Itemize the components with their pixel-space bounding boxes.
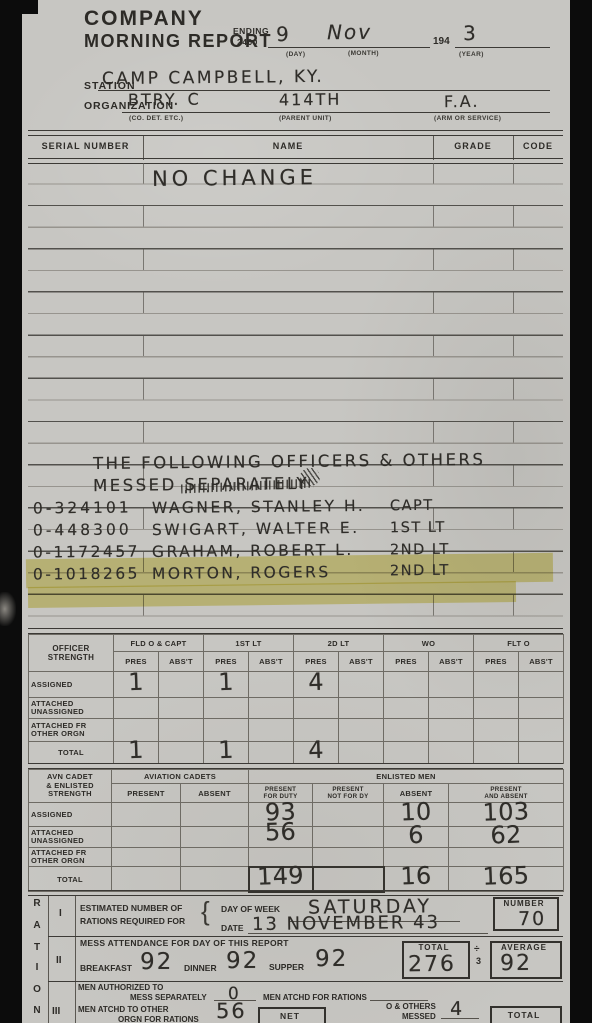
breakfast-value: 92 [140,949,174,975]
morning-report-scan: COMPANY MORNING REPORT ENDING 2400 9 Nov… [0,0,592,1023]
rule-below-officer-strength [28,763,563,769]
group-enlisted-men: ENLISTED MEN [249,770,564,784]
supper-value: 92 [315,946,349,972]
ration-letter-column-divider [48,896,49,1023]
others-label1: O & OTHERS [386,1002,436,1011]
strength-cell: 6 [384,827,449,848]
strength-cell: 4 [294,672,339,698]
strength-cell [249,672,294,698]
row-label-total: TOTAL [29,742,114,764]
total-value: 276 [408,952,456,978]
enlisted-strength-stub: AVN CADET & ENLISTED STRENGTH [29,770,112,803]
org-arm-caption: (ARM OR SERVICE) [434,115,501,122]
mess-attendance-label: MESS ATTENDANCE FOR DAY OF THIS REPORT [80,938,289,948]
roster-header-divider-1 [143,136,144,160]
strength-cell: 1 [204,672,249,698]
brace-glyph: { [201,896,210,927]
number-label: NUMBER [495,899,553,908]
roster-col-grade: GRADE [433,141,513,151]
atchd-other-value: 56 [216,999,247,1023]
strength-cell [384,672,429,698]
col-abst: ABS'T [519,652,564,672]
others-label2: MESSED [402,1012,436,1021]
rule-below-enlisted-strength [28,890,563,896]
roster-entry-no-change: NO CHANGE [152,165,317,191]
strength-cell [339,672,384,698]
total-present-not-for-duty-boxed [313,867,384,892]
org-company-caption: (CO. DET. ETC.) [129,115,183,122]
authorized-label2: MESS SEPARATELY [130,993,207,1002]
officer-row-name: WAGNER, STANLEY H. [152,497,365,517]
strength-cell [112,827,181,848]
strength-cell: 56 [249,827,313,848]
strength-cell: 62 [449,827,564,848]
row-label-assigned: ASSIGNED [29,672,114,698]
strength-cell [313,848,384,867]
strength-cell [519,719,564,742]
atchd-other-label1: MEN ATCHD TO OTHER [78,1005,169,1014]
officer-row-grade: 2ND LT [390,542,450,559]
roster-col-serial: SERIAL NUMBER [28,141,143,151]
divided-sign: ÷ [474,944,480,955]
col-pres: PRES [384,652,429,672]
strength-cell [159,698,204,719]
rule-above-roster [28,130,563,136]
ration-numeral-column-divider [75,896,76,1023]
officer-row-name: GRAHAM, ROBERT L. [152,541,354,561]
group-flt-o: FLT O [474,635,564,652]
ending-label: ENDING [233,26,269,36]
group-wo: WO [384,635,474,652]
supper-label: SUPPER [269,962,304,972]
roster-col-name: NAME [143,141,433,151]
strength-cell [519,698,564,719]
officer-row-grade-highlighted: 2ND LT [390,563,450,580]
strength-cell [339,742,384,764]
row-label-attached-fr-other: ATTACHED FR OTHER ORGN [29,719,114,742]
strength-cell [339,719,384,742]
number-value: 70 [518,908,546,930]
ration-letter: N [31,1005,43,1016]
roster-header-divider-2 [433,136,434,160]
dinner-value: 92 [226,948,260,974]
strength-cell: 1 [114,672,159,698]
scan-edge-top-left [0,0,38,14]
officer-row-serial: 0-1172457 [33,542,140,561]
atchd-for-rations-label: MEN ATCHD FOR RATIONS [263,993,367,1002]
strength-cell: 1 [204,742,249,764]
strength-cell [339,698,384,719]
group-2d-lt: 2D LT [294,635,384,652]
strength-cell [313,827,384,848]
strength-cell [294,698,339,719]
form-title-line1: COMPANY [84,7,204,31]
ration-letter: I [31,962,43,973]
day-caption: (DAY) [286,51,305,58]
row-label-attached-unassigned: ATTACHED UNASSIGNED [29,698,114,719]
section-numeral-iii: III [52,1006,60,1017]
ending-time: 2400 [237,37,258,47]
strength-cell [429,698,474,719]
year-printed: 194 [433,36,450,47]
col-cadets-present: PRESENT [112,784,181,803]
officer-strength-stub: OFFICER STRENGTH [29,635,114,672]
strength-cell [474,742,519,764]
strength-cell [474,698,519,719]
org-parent-value: 414TH [279,90,342,110]
strength-cell: 1 [114,742,159,764]
section-numeral-i: I [59,908,62,919]
year-value: 3 [463,21,478,45]
ration-letter: A [31,920,43,931]
scan-smudge-left [0,592,16,626]
others-value: 4 [450,998,464,1020]
strength-cell [429,672,474,698]
day-of-week-label: DAY OF WEEK [221,904,280,914]
divided-by: 3 [476,956,481,966]
ration-letter: T [31,942,43,953]
col-abst: ABS'T [159,652,204,672]
strength-cell: 4 [294,742,339,764]
month-value: Nov [327,20,372,44]
group-aviation-cadets: AVIATION CADETS [112,770,249,784]
strength-cell [181,848,249,867]
total-present-for-duty-boxed: 149 [249,867,313,892]
strength-cell [519,672,564,698]
strength-cell [249,719,294,742]
strength-cell [204,698,249,719]
col-abst: ABS'T [249,652,294,672]
strength-cell: 165 [449,867,564,892]
officer-row-name-highlighted: MORTON, ROGERS [152,563,331,583]
row-label-total: TOTAL [29,867,112,892]
struck-separately-word: SEPARATELY [184,474,309,494]
strength-cell [429,719,474,742]
strength-cell [114,698,159,719]
strength-cell [474,672,519,698]
row-label-attached-unassigned: ATTACHED UNASSIGNED [29,827,112,848]
average-value: 92 [500,951,532,976]
org-company-value: BTRY. C [128,90,201,110]
station-value: CAMP CAMPBELL, KY. [102,67,324,89]
total-label: TOTAL [404,943,464,952]
strength-cell [181,803,249,827]
strength-cell [249,698,294,719]
scan-edge-right [570,0,592,1023]
enlisted-strength-table: AVN CADET & ENLISTED STRENGTH AVIATION C… [28,769,564,892]
officer-row-grade: CAPT [390,498,434,514]
col-present-not-for-duty: PRESENTNOT FOR DY [313,784,384,803]
ration-letter: O [31,984,43,995]
org-parent-caption: (PARENT UNIT) [279,115,332,122]
dinner-label: DINNER [184,963,217,973]
col-abst: ABS'T [429,652,474,672]
bottom-total-label: TOTAL [492,1010,556,1020]
strength-cell [159,742,204,764]
group-1st-lt: 1ST LT [204,635,294,652]
messed-word: MESSED [93,475,177,495]
strength-cell [249,742,294,764]
authorized-label1: MEN AUTHORIZED TO [78,983,163,992]
strength-cell [519,742,564,764]
officer-strength-table: OFFICER STRENGTH FLD O & CAPT 1ST LT 2D … [28,634,564,764]
date-label: DATE [221,923,244,933]
row-label-assigned: ASSIGNED [29,803,112,827]
strength-cell [384,698,429,719]
col-cadets-absent: ABSENT [181,784,249,803]
officer-row-serial: 0-448300 [33,520,132,539]
strength-cell [313,803,384,827]
org-arm-value: F.A. [444,92,480,111]
strength-cell [112,867,181,892]
strength-cell: 16 [384,867,449,892]
officers-note-line2: MESSED SEPARATELY [93,474,309,495]
officer-row-serial-highlighted: 0-1018265 [33,564,140,583]
officer-row-serial: 0-324101 [33,498,132,517]
strength-cell [181,827,249,848]
atchd-other-label2: ORGN FOR RATIONS [118,1015,199,1023]
rations-required-label1: ESTIMATED NUMBER OF [80,903,182,913]
ink-scribble-blob [300,468,320,486]
strength-cell [112,803,181,827]
col-abst: ABS'T [339,652,384,672]
atchd-for-rations-underline [370,988,428,1001]
net-label: NET [260,1011,320,1021]
strength-cell [474,719,519,742]
strength-cell [429,742,474,764]
roster-header-divider-3 [513,136,514,160]
year-caption: (YEAR) [459,51,484,58]
roster-col-code: CODE [513,141,563,151]
section-numeral-ii: II [56,955,62,966]
strength-cell [159,719,204,742]
col-pres: PRES [474,652,519,672]
ration-letter: R [31,898,43,909]
rule-below-roster-body [28,628,563,634]
breakfast-label: BREAKFAST [80,963,132,973]
officer-row-grade: 1ST LT [390,520,446,537]
day-value: 9 [276,22,291,46]
group-fld-o-capt: FLD O & CAPT [114,635,204,652]
date-value: 13 NOVEMBER 43 [252,912,440,935]
rations-required-label2: RATIONS REQUIRED FOR [80,916,185,926]
strength-cell [384,742,429,764]
strength-cell [112,848,181,867]
month-caption: (MONTH) [348,50,379,57]
officer-row-name: SWIGART, WALTER E. [152,519,360,539]
strength-cell [159,672,204,698]
strength-cell [181,867,249,892]
row-label-attached-fr-other: ATTACHED FR OTHER ORGN [29,848,112,867]
strength-cell [384,719,429,742]
